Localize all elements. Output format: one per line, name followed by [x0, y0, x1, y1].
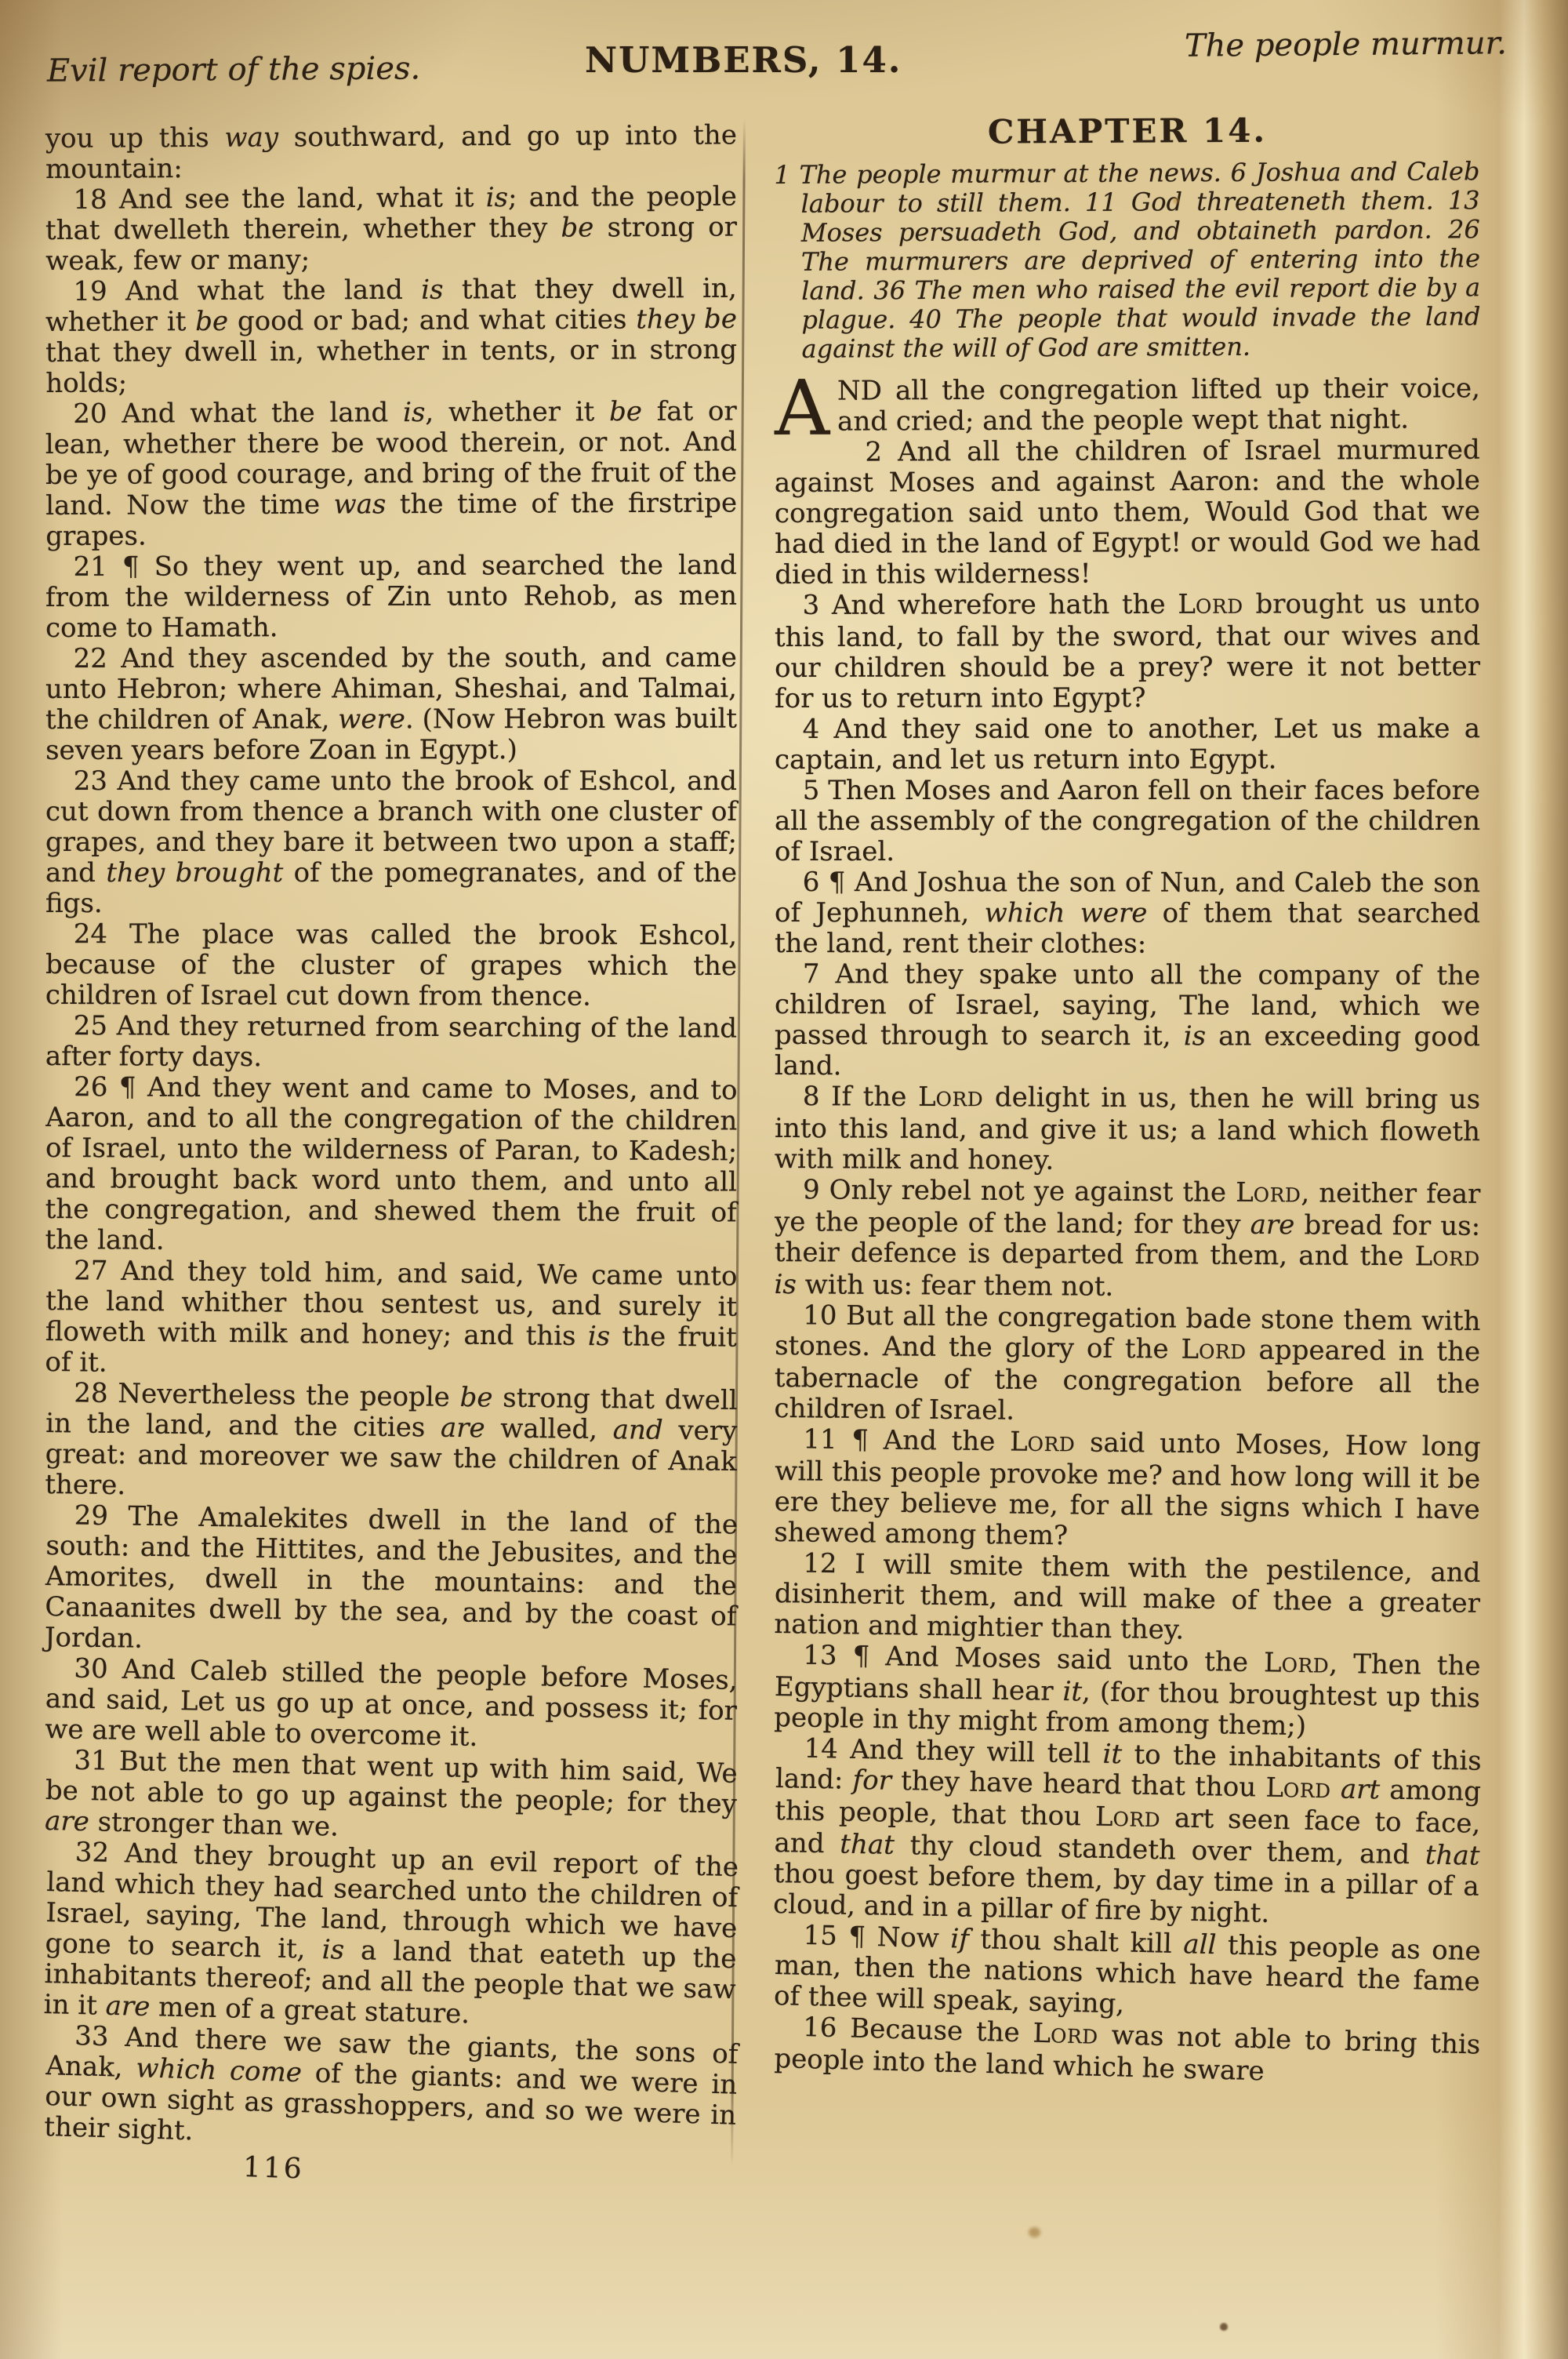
paper-stain	[1029, 2227, 1040, 2237]
verse: 21 ¶ So they went up, and searched the l…	[45, 551, 737, 644]
verse: 26 ¶ And they went and came to Moses, an…	[45, 1072, 737, 1259]
lord-smallcaps: LORD	[1010, 1426, 1076, 1458]
lord-smallcaps: LORD	[1236, 1177, 1301, 1209]
lord-smallcaps: LORD	[1181, 1334, 1247, 1366]
verse: 2 And all the children of Israel murmure…	[775, 435, 1481, 591]
right-running-head: The people murmur.	[1185, 25, 1507, 64]
lord-smallcaps: LORD	[918, 1081, 983, 1113]
verse: 9 Only rebel not ye against the LORD, ne…	[774, 1175, 1480, 1305]
verse: 27 And they told him, and said, We came …	[45, 1256, 737, 1384]
book-title: NUMBERS, 14.	[585, 39, 902, 81]
running-head: Evil report of the spies. NUMBERS, 14. T…	[45, 33, 1507, 108]
verse: you up this way southward, and go up int…	[45, 120, 737, 185]
lord-smallcaps: LORD	[1095, 1801, 1161, 1834]
verse: 3 And wherefore hath the LORD brought us…	[775, 589, 1480, 714]
chapter-heading: CHAPTER 14.	[775, 114, 1480, 148]
verse: 30 And Caleb stilled the people before M…	[45, 1653, 738, 1757]
ink-speck	[1220, 2323, 1228, 2331]
verse: 11 ¶ And the LORD said unto Moses, How l…	[774, 1424, 1481, 1556]
verse: 20 And what the land is, whether it be f…	[45, 396, 738, 552]
drop-cap: A	[775, 376, 837, 438]
verse: AND all the congregation lifted up their…	[775, 373, 1480, 438]
paper-stain	[1173, 198, 1179, 204]
verse: 24 The place was called the brook Eshcol…	[45, 919, 737, 1012]
left-text-column: you up this way southward, and go up int…	[45, 124, 737, 2183]
right-text-column: CHAPTER 14. 1 The people murmur at the n…	[775, 118, 1480, 2074]
lord-smallcaps: LORD	[1264, 1647, 1330, 1679]
verse: 18 And see the land, what it is; and the…	[45, 182, 738, 277]
lord-smallcaps: LORD	[1178, 589, 1243, 620]
lord-smallcaps: LORD	[1033, 2018, 1098, 2051]
verse: 23 And they came unto the brook of Eshco…	[45, 766, 737, 919]
verse: 32 And they brought up an evil report of…	[43, 1837, 739, 2036]
lord-smallcaps: LORD	[1265, 1772, 1331, 1805]
verse: 13 ¶ And Moses said unto the LORD, Then …	[774, 1640, 1481, 1745]
verse: 19 And what the land is that they dwell …	[45, 274, 738, 399]
page-number: 116	[242, 2152, 304, 2184]
verse: 22 And they ascended by the south, and c…	[45, 643, 737, 766]
verse: 28 Nevertheless the people be strong tha…	[45, 1378, 738, 1508]
verse: 33 And there we saw the giants, the sons…	[44, 2020, 739, 2162]
left-running-head: Evil report of the spies.	[47, 50, 420, 89]
lord-smallcaps: LORD	[1414, 1241, 1480, 1273]
verse: 25 And they returned from searching of t…	[45, 1011, 737, 1075]
verse: 14 And they will tell it to the inhabita…	[773, 1733, 1482, 1933]
verse: 10 But all the congregation bade stone t…	[774, 1300, 1480, 1430]
verse: 5 Then Moses and Aaron fell on their fac…	[775, 776, 1480, 867]
scanned-bible-page: { "colors": { "paper": "#e4d0a2", "ink":…	[0, 0, 1568, 2359]
verse: 4 And they said one to another, Let us m…	[775, 714, 1480, 776]
verse: 12 I will smite them with the pestilence…	[774, 1548, 1481, 1650]
verse: 15 ¶ Now if thou shalt kill all this peo…	[774, 1920, 1482, 2028]
verse: 29 The Amalekites dwell in the land of t…	[45, 1500, 739, 1663]
verse: 7 And they spake unto all the company of…	[775, 959, 1480, 1083]
verse: 31 But the men that went up with him sai…	[45, 1745, 738, 1851]
verse: 6 ¶ And Joshua the son of Nun, and Caleb…	[775, 867, 1480, 960]
verse: 8 If the LORD delight in us, then he wil…	[775, 1081, 1481, 1178]
chapter-summary: 1 The people murmur at the news. 6 Joshu…	[774, 157, 1480, 364]
